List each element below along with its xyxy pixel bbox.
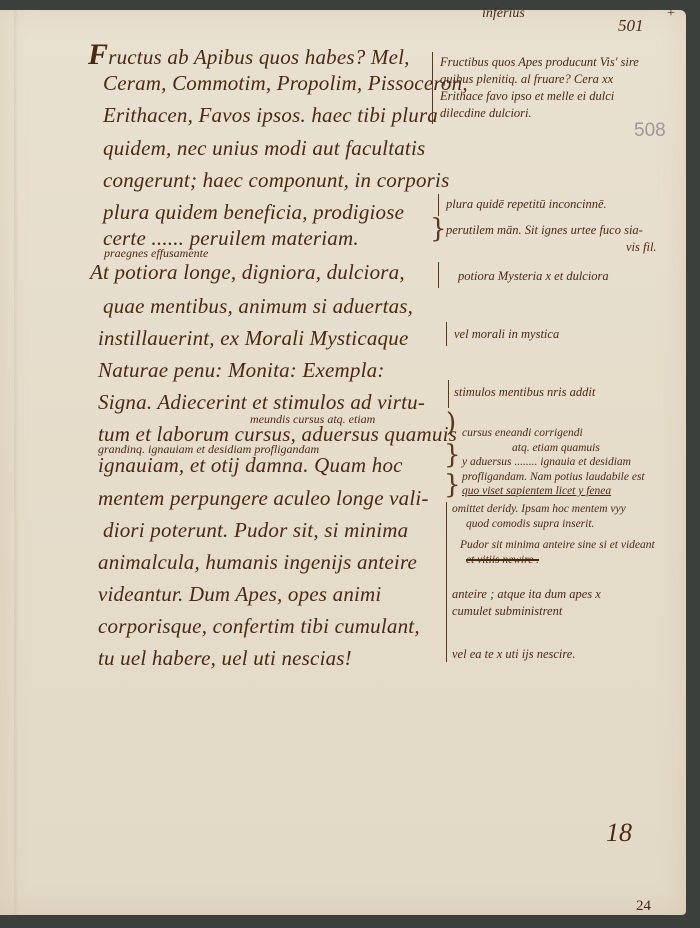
margin-note: stimulos mentibus nris addit xyxy=(454,384,595,401)
margin-note-line: profligandam. Nam potius laudabile est xyxy=(462,470,645,485)
margin-note-line: quo viset sapientem licet y fenea xyxy=(462,484,645,499)
main-text-line: quae mentibus, animum si aduertas, xyxy=(103,294,413,319)
margin-note-line: Fructibus quos Apes producunt Vis' sire xyxy=(440,54,639,71)
main-text-line: mentem perpungere aculeo longe vali- xyxy=(98,486,429,511)
margin-note: vel morali in mystica xyxy=(454,326,559,343)
main-text-line: congerunt; haec componunt, in corporis xyxy=(103,168,449,193)
manuscript-page: inferius 501 + 508 Fructus ab Apibus quo… xyxy=(0,10,686,915)
main-text-line: quidem, nec unius modi aut facultatis xyxy=(103,136,425,161)
folio-number-ink: 501 xyxy=(618,16,644,36)
margin-note-line: y aduersus ........ ignauia et desidiam xyxy=(462,455,645,470)
margin-note-line: anteire ; atque ita dum apes x xyxy=(452,586,601,603)
margin-note-line: potiora Mysteria x et dulciora xyxy=(458,268,609,285)
margin-note-line: cursus eneandi corrigendi xyxy=(462,426,645,441)
main-text-line: ignauiam, et otij damna. Quam hoc xyxy=(98,453,403,478)
binding-gutter xyxy=(14,10,18,915)
main-text-line: plura quidem beneficia, prodigiose xyxy=(103,200,404,225)
margin-note-line: quod comodis supra inserit. xyxy=(452,517,626,532)
margin-brace: } xyxy=(444,472,461,498)
main-text-line: corporisque, confertim tibi cumulant, xyxy=(98,614,420,639)
main-text-line: Erithacen, Favos ipsos. haec tibi plura xyxy=(103,103,438,128)
margin-note-line: plura quidē repetitū inconcinnē. xyxy=(446,196,607,213)
margin-note-line: cumulet subministrent xyxy=(452,603,601,620)
margin-note-line: Erithace favo ipso et melle ei dulci xyxy=(440,88,639,105)
margin-brace: } xyxy=(430,216,447,242)
margin-brace: } xyxy=(444,442,461,468)
margin-bracket xyxy=(446,502,447,662)
margin-bracket xyxy=(446,322,447,346)
catchword-top: inferius xyxy=(482,6,525,22)
margin-note-line: atq. etiam quamuis xyxy=(462,441,645,456)
folio-cross-mark: + xyxy=(667,6,675,22)
margin-note: plura quidē repetitū inconcinnē. xyxy=(446,196,607,213)
main-text-line: Fructus ab Apibus quos habes? Mel, xyxy=(88,38,410,72)
folio-number-small: 24 xyxy=(636,898,651,915)
margin-note-line: perutilem mān. Sit ignes urtee fuco sia- xyxy=(446,222,657,239)
margin-brace: ) xyxy=(446,410,456,436)
margin-bracket xyxy=(438,194,439,216)
margin-note: Fructibus quos Apes producunt Vis' sire … xyxy=(440,54,639,122)
margin-note: Pudor sit minima anteire sine si et vide… xyxy=(460,538,655,568)
margin-note-line: Pudor sit minima anteire sine si et vide… xyxy=(460,538,655,553)
margin-note: cursus eneandi corrigendi atq. etiam qua… xyxy=(462,426,645,499)
margin-note-line: vel morali in mystica xyxy=(454,326,559,343)
margin-note: omittet deridy. Ipsam hoc mentem vyy quo… xyxy=(452,502,626,532)
folio-number-bottom: 18 xyxy=(606,818,632,848)
margin-note-line: et vitiis newire . xyxy=(460,553,655,568)
margin-note: perutilem mān. Sit ignes urtee fuco sia-… xyxy=(446,222,657,256)
margin-note-line: omittet deridy. Ipsam hoc mentem vyy xyxy=(452,502,626,517)
margin-note: potiora Mysteria x et dulciora xyxy=(458,268,609,285)
margin-bracket xyxy=(432,52,433,124)
margin-note-line: vis fil. xyxy=(446,239,657,256)
main-text-line: tu uel habere, uel uti nescias! xyxy=(98,646,352,671)
margin-note-line: stimulos mentibus nris addit xyxy=(454,384,595,401)
main-text-line: Naturae penu: Monita: Exempla: xyxy=(98,358,385,383)
margin-note-line: quibus plenitiq. al fruare? Cera xx xyxy=(440,71,639,88)
main-text-line: diori poterunt. Pudor sit, si minima xyxy=(103,518,408,543)
folio-number-pencil: 508 xyxy=(634,120,666,142)
main-text-line: At potiora longe, digniora, dulciora, xyxy=(90,260,405,285)
interlinear-insertion: praegnes effusamente xyxy=(104,246,208,261)
margin-note: vel ea te x uti ijs nescire. xyxy=(452,646,575,663)
margin-bracket xyxy=(448,380,449,408)
main-text-line: Ceram, Commotim, Propolim, Pissoceron, xyxy=(103,71,468,96)
margin-note: anteire ; atque ita dum apes x cumulet s… xyxy=(452,586,601,620)
main-text-line: instillauerint, ex Morali Mysticaque xyxy=(98,326,408,351)
main-text-line: animalcula, humanis ingenijs anteire xyxy=(98,550,417,575)
main-text-line: videantur. Dum Apes, opes animi xyxy=(98,582,381,607)
margin-bracket xyxy=(438,262,439,288)
margin-note-line: dilecdine dulciori. xyxy=(440,105,639,122)
margin-note-line: vel ea te x uti ijs nescire. xyxy=(452,646,575,663)
